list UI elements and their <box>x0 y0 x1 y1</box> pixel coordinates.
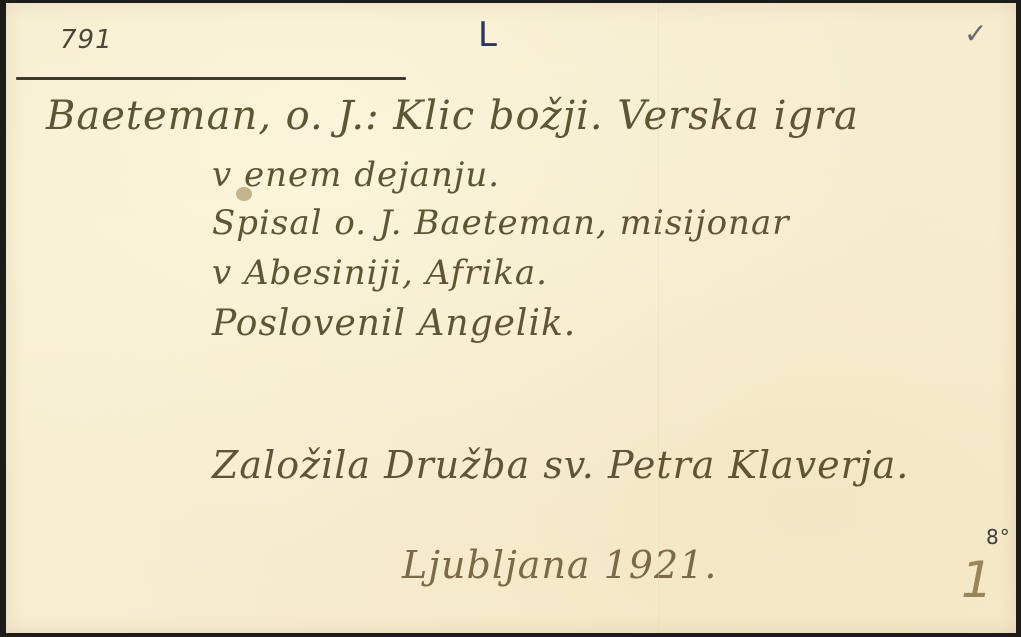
translator-line: Poslovenil Angelik. <box>212 303 576 344</box>
call-number: 791 <box>60 25 113 55</box>
header-rule <box>16 77 406 80</box>
ink-stain <box>236 187 252 201</box>
imprint-line: Ljubljana 1921. <box>402 543 717 587</box>
check-mark-icon: ✓ <box>964 17 988 50</box>
entry-heading-line: Baeteman, o. J.: Klic božji. Verska igra <box>46 93 859 139</box>
format-mark: 8° <box>986 525 1011 549</box>
volume-count: 1 <box>961 551 994 609</box>
location-mark: L <box>478 15 498 55</box>
author-statement-line: v Abesiniji, Afrika. <box>212 253 548 293</box>
author-statement-line: Spisal o. J. Baeteman, misijonar <box>212 203 789 243</box>
entry-line: v enem dejanju. <box>212 155 500 195</box>
publisher-line: Založila Družba sv. Petra Klaverja. <box>212 443 909 487</box>
catalog-card: 791 L ✓ Baeteman, o. J.: Klic božji. Ver… <box>6 3 1016 633</box>
